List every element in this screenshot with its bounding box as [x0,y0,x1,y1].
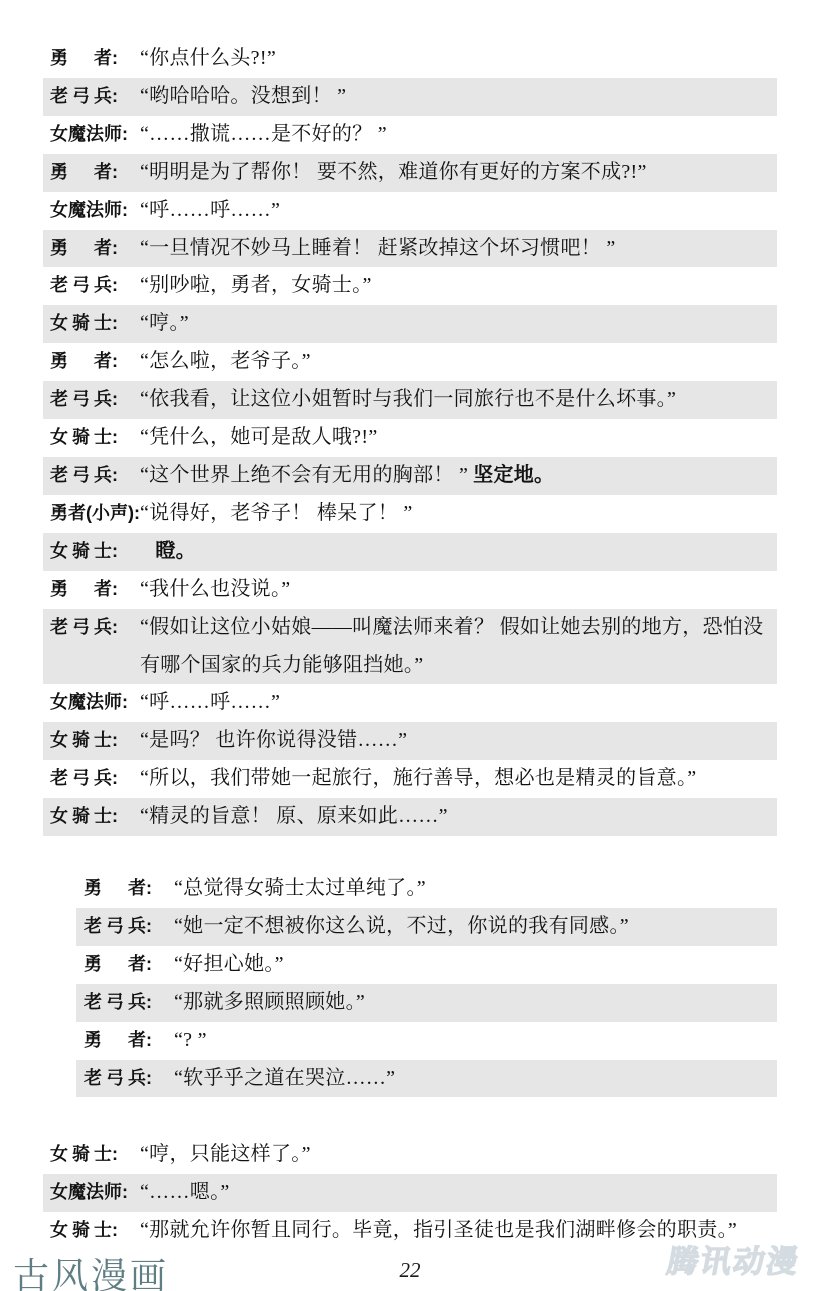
dialogue-text: “我什么也没说。” [140,571,777,609]
dialogue-text: “这个世界上绝不会有无用的胸部！ ”坚定地。 [140,457,777,495]
dialogue-row: 勇者:“好担心她。” [76,946,777,984]
dialogue-row: 勇者:“一旦情况不妙马上睡着！ 赶紧改掉这个坏习惯吧！ ” [43,230,777,268]
dialogue-row: 老弓兵:“别吵啦，勇者，女骑士。” [43,267,777,305]
dialogue-row: 老弓兵:“软乎乎之道在哭泣……” [76,1060,777,1098]
dialogue-row: 女骑士:“哼。” [43,305,777,343]
dialogue-row: 老弓兵:“假如让这位小姑娘——叫魔法师来着？ 假如让她去别的地方，恐怕没有哪个国… [43,609,777,685]
speaker-label: 女骑士: [50,1212,140,1250]
speaker-label: 老弓兵: [84,908,174,946]
dialogue-row: 勇者(小声):“说得好，老爷子！ 棒呆了！ ” [43,495,777,533]
dialogue-text: “好担心她。” [174,946,777,984]
speaker-label: 勇者(小声): [50,495,140,533]
speaker-name: 女骑士 [50,419,112,457]
speaker-name: 女魔法师 [50,1174,122,1212]
dialogue-text: “怎么啦，老爷子。” [140,343,777,381]
dialogue-row: 勇者:“总觉得女骑士太过单纯了。” [76,870,777,908]
dialogue-row: 女骑士:“哼，只能这样了。” [43,1136,777,1174]
speaker-label: 勇者: [84,946,174,984]
speaker-name: 老弓兵 [50,381,112,419]
speaker-label: 勇者: [84,870,174,908]
dialogue-row: 老弓兵:“哟哈哈哈。没想到！ ” [43,78,777,116]
dialogue-text: “假如让这位小姑娘——叫魔法师来着？ 假如让她去别的地方，恐怕没有哪个国家的兵力… [140,609,777,685]
dialogue-text: “……嗯。” [140,1174,777,1212]
dialogue-section: 勇者:“总觉得女骑士太过单纯了。”老弓兵:“她一定不想被你这么说，不过，你说的我… [0,870,820,1097]
dialogue-text: “……撒谎……是不好的？ ” [140,116,777,154]
speaker-name: 老弓兵 [84,1060,146,1098]
dialogue-row: 女魔法师:“……撒谎……是不好的？ ” [43,116,777,154]
dialogue-text: “呼……呼……” [140,192,777,230]
dialogue-text: “总觉得女骑士太过单纯了。” [174,870,777,908]
speaker-name: 老弓兵 [50,457,112,495]
speaker-label: 老弓兵: [50,609,140,647]
dialogue-row: 老弓兵:“她一定不想被你这么说，不过，你说的我有同感。” [76,908,777,946]
dialogue-text: “哼，只能这样了。” [140,1136,777,1174]
dialogue-row: 女骑士:“那就允许你暂且同行。毕竟，指引圣徒也是我们湖畔修会的职责。” [43,1212,777,1250]
speaker-name: 勇者 [50,230,112,268]
speaker-name: 老弓兵 [50,78,112,116]
speaker-label: 女骑士: [50,305,140,343]
speaker-label: 女骑士: [50,419,140,457]
speaker-label: 勇者: [50,40,140,78]
speaker-label: 勇者: [84,1022,174,1060]
dialogue-text: “说得好，老爷子！ 棒呆了！ ” [140,495,777,533]
speaker-name: 女魔法师 [50,684,122,722]
dialogue-section: 勇者:“你点什么头?!”老弓兵:“哟哈哈哈。没想到！ ”女魔法师:“……撒谎……… [0,40,820,836]
dialogue-row: 女魔法师:“呼……呼……” [43,192,777,230]
speaker-name: 勇者 [50,571,112,609]
dialogue-text: “精灵的旨意！ 原、原来如此……” [140,798,777,836]
dialogue-text: “一旦情况不妙马上睡着！ 赶紧改掉这个坏习惯吧！ ” [140,230,777,268]
speaker-name: 勇者 [84,946,146,984]
speaker-label: 老弓兵: [84,1060,174,1098]
dialogue-text: “凭什么，她可是敌人哦?!” [140,419,777,457]
speaker-label: 女魔法师: [50,684,140,722]
dialogue-row: 女骑士:“是吗？ 也许你说得没错……” [43,722,777,760]
speaker-label: 老弓兵: [84,984,174,1022]
speaker-label: 老弓兵: [50,78,140,116]
dialogue-row: 女魔法师:“……嗯。” [43,1174,777,1212]
speaker-name: 老弓兵 [84,908,146,946]
speaker-label: 老弓兵: [50,760,140,798]
dialogue-text: “呼……呼……” [140,684,777,722]
stage-direction-bold: 坚定地。 [473,464,554,486]
speaker-name: 勇者 [84,1022,146,1060]
dialogue-row: 老弓兵:“依我看，让这位小姐暂时与我们一同旅行也不是什么坏事。” [43,381,777,419]
speaker-label: 女魔法师: [50,116,140,154]
speaker-label: 勇者: [50,571,140,609]
speaker-name: 老弓兵 [50,609,112,647]
dialogue-text: “依我看，让这位小姐暂时与我们一同旅行也不是什么坏事。” [140,381,777,419]
dialogue-row: 勇者:“我什么也没说。” [43,571,777,609]
speaker-label: 女骑士: [50,533,140,571]
dialogue-text: “是吗？ 也许你说得没错……” [140,722,777,760]
speaker-name: 勇者(小声) [50,495,134,533]
dialogue-row: 女骑士:“凭什么，她可是敌人哦?!” [43,419,777,457]
speaker-label: 女骑士: [50,722,140,760]
dialogue-row: 老弓兵:“所以，我们带她一起旅行，施行善导，想必也是精灵的旨意。” [43,760,777,798]
speaker-name: 女魔法师 [50,116,122,154]
dialogue-text: “软乎乎之道在哭泣……” [174,1060,777,1098]
speaker-name: 勇者 [50,343,112,381]
dialogue-row: 老弓兵:“这个世界上绝不会有无用的胸部！ ”坚定地。 [43,457,777,495]
dialogue-section: 女骑士:“哼，只能这样了。”女魔法师:“……嗯。”女骑士:“那就允许你暂且同行。… [0,1136,820,1250]
dialogue-text: “那就多照顾照顾她。” [174,984,777,1022]
speaker-label: 老弓兵: [50,457,140,495]
speaker-label: 女魔法师: [50,1174,140,1212]
speaker-name: 勇者 [84,870,146,908]
dialogue-row: 女骑士:“精灵的旨意！ 原、原来如此……” [43,798,777,836]
stage-direction-bold: 瞪。 [155,540,196,562]
speaker-label: 女骑士: [50,798,140,836]
speaker-name: 女骑士 [50,1136,112,1174]
speaker-name: 女骑士 [50,722,112,760]
dialogue-text: “明明是为了帮你！ 要不然，难道你有更好的方案不成?!” [140,154,777,192]
dialogue-text: “所以，我们带她一起旅行，施行善导，想必也是精灵的旨意。” [140,760,777,798]
dialogue-text: 瞪。 [140,533,777,571]
script-page: { "page": { "number": "22", "brand": "古风… [0,0,820,1291]
dialogue-row: 勇者:“? ” [76,1022,777,1060]
speaker-label: 老弓兵: [50,381,140,419]
dialogue-text: “你点什么头?!” [140,40,777,78]
speaker-name: 勇者 [50,40,112,78]
speaker-label: 老弓兵: [50,267,140,305]
dialogue-row: 勇者:“明明是为了帮你！ 要不然，难道你有更好的方案不成?!” [43,154,777,192]
speaker-name: 老弓兵 [84,984,146,1022]
dialogue-row: 女魔法师:“呼……呼……” [43,684,777,722]
dialogue-text: “? ” [174,1022,777,1060]
tencent-watermark: 腾讯动漫 [664,1236,804,1281]
dialogue-text: “哼。” [140,305,777,343]
dialogue-row: 女骑士: 瞪。 [43,533,777,571]
speaker-label: 女骑士: [50,1136,140,1174]
speaker-name: 老弓兵 [50,267,112,305]
dialogue-row: 勇者:“怎么啦，老爷子。” [43,343,777,381]
dialogue-text: “别吵啦，勇者，女骑士。” [140,267,777,305]
speaker-name: 女魔法师 [50,192,122,230]
speaker-name: 女骑士 [50,305,112,343]
speaker-name: 老弓兵 [50,760,112,798]
speaker-label: 勇者: [50,343,140,381]
speaker-name: 勇者 [50,154,112,192]
speaker-label: 勇者: [50,154,140,192]
dialogue-text: “她一定不想被你这么说，不过，你说的我有同感。” [174,908,777,946]
dialogue-text: “哟哈哈哈。没想到！ ” [140,78,777,116]
speaker-name: 女骑士 [50,1212,112,1250]
speaker-name: 女骑士 [50,533,112,571]
speaker-name: 女骑士 [50,798,112,836]
dialogue-row: 勇者:“你点什么头?!” [43,40,777,78]
dialogue-list: 勇者:“你点什么头?!”老弓兵:“哟哈哈哈。没想到！ ”女魔法师:“……撒谎……… [0,0,820,1250]
dialogue-row: 老弓兵:“那就多照顾照顾她。” [76,984,777,1022]
speaker-label: 女魔法师: [50,192,140,230]
speaker-label: 勇者: [50,230,140,268]
